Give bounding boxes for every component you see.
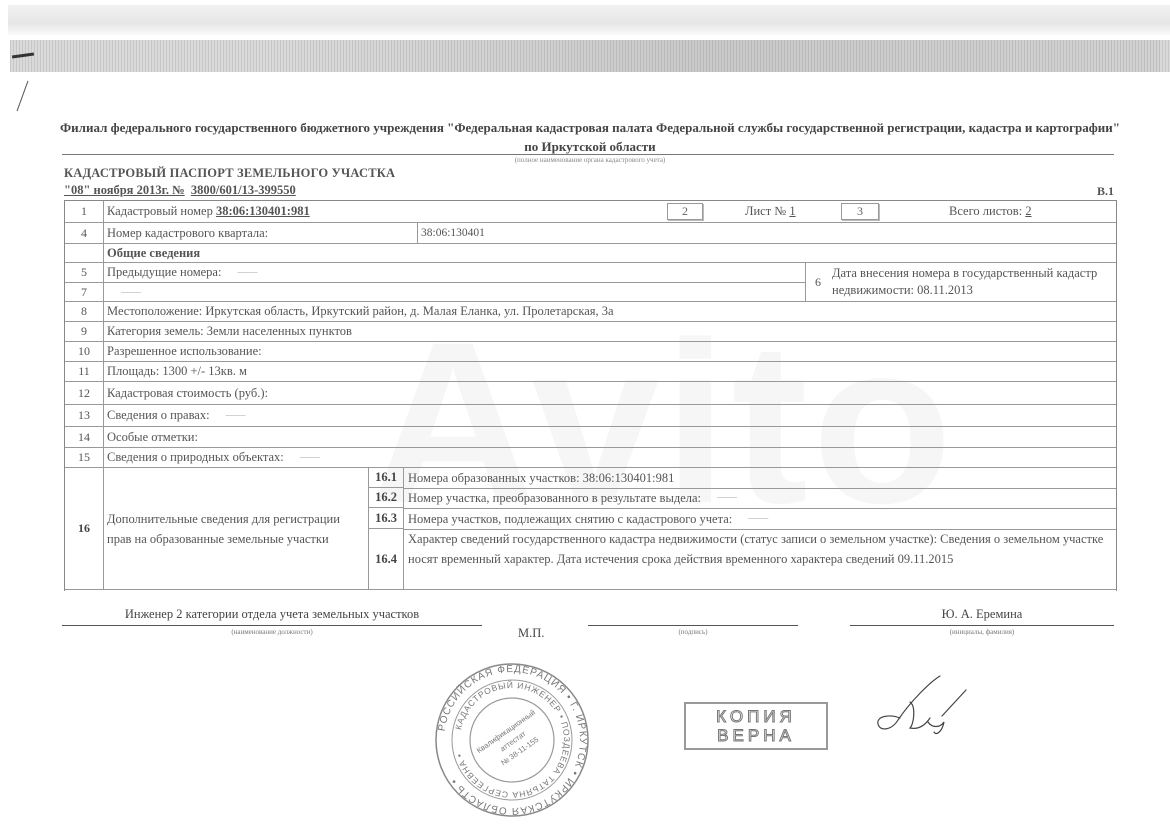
subrow-number: 16.2: [368, 488, 404, 508]
row-number: 12: [65, 382, 104, 404]
handwritten-signature: [870, 672, 970, 742]
seal-stamp: РОССИЙСКАЯ ФЕДЕРАЦИЯ • Г. ИРКУТСК • ИРКУ…: [432, 660, 592, 820]
signature-line: [588, 625, 798, 626]
location: Местоположение: Иркутская область, Иркут…: [107, 302, 614, 321]
plots-to-remove: Номера участков, подлежащих снятию с кад…: [404, 508, 1116, 530]
table-row-1: 1 Кадастровый номер 38:06:130401:981 2 Л…: [65, 201, 1116, 223]
row-number: 15: [65, 448, 104, 467]
passport-table: 1 Кадастровый номер 38:06:130401:981 2 Л…: [64, 200, 1117, 591]
row7-value: ——: [107, 283, 141, 301]
scan-edge: [8, 5, 1170, 35]
official-name: Ю. А. Еремина: [850, 607, 1114, 622]
row-number: 11: [65, 362, 104, 381]
row-number: 9: [65, 322, 104, 341]
formed-plots: Номера образованных участков: 38:06:1304…: [404, 468, 1116, 489]
pen-stroke: [17, 81, 29, 111]
row-number: 4: [65, 223, 104, 243]
copy-stamp-line2: ВЕРНА: [717, 726, 795, 745]
record-status: Характер сведений государственного кадас…: [404, 529, 1116, 590]
table-row-9: 9 Категория земель: Земли населенных пун…: [65, 322, 1116, 342]
cadastral-number-value: 38:06:130401:981: [216, 204, 310, 219]
cadastral-number: Кадастровый номер 38:06:130401:981: [107, 201, 310, 222]
transformed-plot-value: ——: [717, 488, 737, 508]
row-number-empty: [65, 244, 104, 262]
section-title: Общие сведения: [107, 244, 200, 262]
table-row-8: 8 Местоположение: Иркутская область, Ирк…: [65, 302, 1116, 322]
rights-info-value: ——: [226, 410, 246, 421]
registration-date: Дата внесения номера в государственный к…: [832, 265, 1110, 299]
natural-objects: Сведения о природных объектах: ——: [107, 448, 320, 467]
organization-name: Филиал федерального государственного бюд…: [60, 118, 1120, 156]
total-sheets: Всего листов: 2: [949, 201, 1032, 222]
natural-objects-value: ——: [300, 452, 320, 463]
document-date-number: "08" ноября 2013г. № 3800/601/13-399550: [64, 183, 296, 198]
table-row-14: 14 Особые отметки:: [65, 427, 1116, 448]
block-number-value: 38:06:130401: [421, 223, 485, 243]
block-number-label: Номер кадастрового квартала:: [107, 223, 268, 243]
cadastral-value: Кадастровая стоимость (руб.):: [107, 382, 268, 404]
field-box-3: 3: [841, 203, 879, 220]
table-row-13: 13 Сведения о правах: ——: [65, 405, 1116, 427]
copy-true-stamp: КОПИЯ ВЕРНА: [684, 702, 828, 750]
form-code: В.1: [1097, 184, 1114, 199]
position-line: [62, 625, 482, 626]
land-category: Категория земель: Земли населенных пункт…: [107, 322, 352, 341]
table-row-6: 6 Дата внесения номера в государственный…: [805, 263, 1116, 302]
special-notes: Особые отметки:: [107, 427, 198, 447]
plots-to-remove-label: Номера участков, подлежащих снятию с кад…: [408, 509, 732, 529]
document-title: КАДАСТРОВЫЙ ПАСПОРТ ЗЕМЕЛЬНОГО УЧАСТКА: [64, 166, 395, 181]
table-row-10: 10 Разрешенное использование:: [65, 342, 1116, 362]
total-sheets-label: Всего листов:: [949, 204, 1022, 219]
table-row-16: 16 Дополнительные сведения для регистрац…: [65, 468, 1116, 590]
subrow-number: 16.1: [368, 468, 404, 488]
table-row-15: 15 Сведения о природных объектах: ——: [65, 448, 1116, 468]
transformed-plot: Номер участка, преобразованного в резуль…: [404, 488, 1116, 509]
section-general: Общие сведения: [65, 244, 1116, 263]
row-number: 6: [806, 263, 830, 301]
area: Площадь: 1300 +/- 13кв. м: [107, 362, 247, 381]
row-number: 5: [65, 263, 104, 282]
table-row-11: 11 Площадь: 1300 +/- 13кв. м: [65, 362, 1116, 382]
field-box-2: 2: [667, 203, 703, 220]
row-number: 14: [65, 427, 104, 447]
total-sheets-value: 2: [1025, 204, 1031, 219]
row-number: 16: [65, 468, 104, 589]
document-date: "08" ноября 2013г. №: [64, 183, 185, 197]
previous-numbers-label: Предыдущие номера:: [107, 265, 221, 280]
row-number: 7: [65, 283, 104, 301]
signature-caption: (подпись): [588, 628, 798, 636]
rights-info: Сведения о правах: ——: [107, 405, 246, 426]
row-number: 8: [65, 302, 104, 321]
subrow-number: 16.3: [368, 508, 404, 529]
cadastral-number-label: Кадастровый номер: [107, 204, 213, 219]
official-position: Инженер 2 категории отдела учета земельн…: [62, 607, 482, 622]
sheet-number: Лист № 1: [745, 201, 796, 222]
name-line: [850, 625, 1114, 626]
transformed-plot-label: Номер участка, преобразованного в резуль…: [408, 488, 701, 508]
scan-band-shade: [260, 40, 1160, 72]
table-row-4: 4 Номер кадастрового квартала: 38:06:130…: [65, 223, 1116, 244]
rights-info-label: Сведения о правах:: [107, 408, 210, 423]
position-caption: (наименование должности): [62, 628, 482, 636]
plots-to-remove-value: ——: [748, 509, 768, 529]
permitted-use: Разрешенное использование:: [107, 342, 262, 361]
copy-stamp-line1: КОПИЯ: [716, 707, 796, 726]
row-number: 10: [65, 342, 104, 361]
natural-objects-label: Сведения о природных объектах:: [107, 450, 284, 465]
table-row-7: 7 ——: [65, 283, 805, 302]
name-caption: (инициалы, фамилия): [850, 628, 1114, 636]
sheet-label: Лист №: [745, 204, 786, 219]
table-row-5: 5 Предыдущие номера: ——: [65, 263, 805, 283]
sheet-value: 1: [789, 204, 795, 219]
row7-dash: ——: [121, 287, 141, 298]
row-number: 1: [65, 201, 104, 222]
previous-numbers-value: ——: [237, 267, 257, 278]
row-number: 13: [65, 405, 104, 426]
seal-place: М.П.: [518, 626, 544, 641]
document-number: 3800/601/13-399550: [191, 183, 296, 197]
organization-caption: (полное наименование органа кадастрового…: [60, 156, 1120, 164]
additional-info-label: Дополнительные сведения для регистрации …: [107, 468, 363, 589]
previous-numbers: Предыдущие номера: ——: [107, 263, 257, 282]
table-row-12: 12 Кадастровая стоимость (руб.):: [65, 382, 1116, 405]
subrow-number: 16.4: [368, 529, 404, 590]
divider: [62, 154, 1114, 155]
